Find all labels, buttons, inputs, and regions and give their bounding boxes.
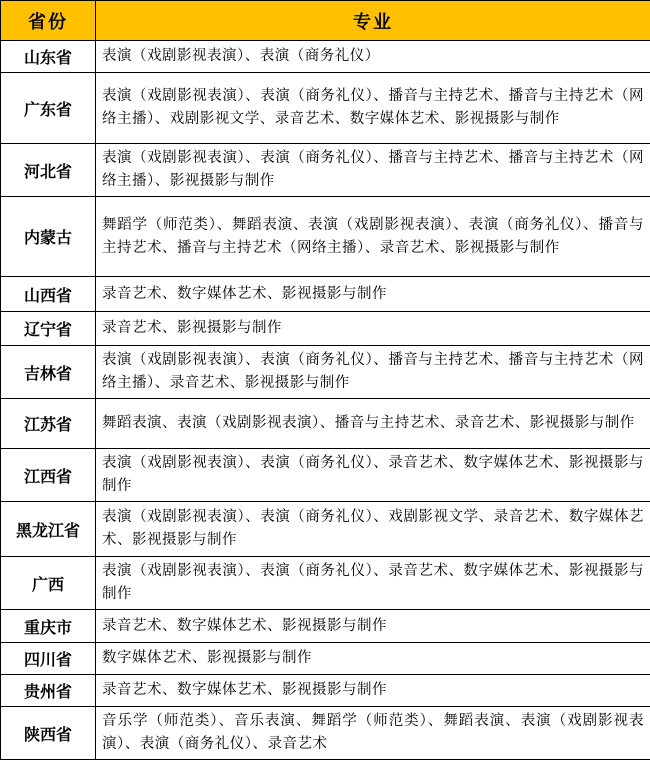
majors-cell: 录音艺术、影视摄影与制作 [96, 312, 650, 346]
province-majors-table: 省份 专业 山东省 表演（戏剧影视表演）、表演（商务礼仪） 广东省 表演（戏剧影… [0, 0, 650, 760]
table-header-row: 省份 专业 [1, 1, 650, 41]
table-row: 辽宁省 录音艺术、影视摄影与制作 [1, 312, 650, 346]
majors-cell: 表演（戏剧影视表演）、表演（商务礼仪） [96, 41, 650, 73]
province-cell: 山东省 [1, 41, 96, 73]
province-cell: 四川省 [1, 643, 96, 675]
table-row: 吉林省 表演（戏剧影视表演）、表演（商务礼仪）、播音与主持艺术、播音与主持艺术（… [1, 346, 650, 399]
table-row: 河北省 表演（戏剧影视表演）、表演（商务礼仪）、播音与主持艺术、播音与主持艺术（… [1, 144, 650, 197]
province-cell: 广西 [1, 557, 96, 610]
majors-cell: 表演（戏剧影视表演）、表演（商务礼仪）、录音艺术、数字媒体艺术、影视摄影与制作 [96, 557, 650, 610]
majors-cell: 表演（戏剧影视表演）、表演（商务礼仪）、播音与主持艺术、播音与主持艺术（网络主播… [96, 73, 650, 144]
majors-cell: 数字媒体艺术、影视摄影与制作 [96, 643, 650, 675]
table-row: 江苏省 舞蹈表演、表演（戏剧影视表演）、播音与主持艺术、录音艺术、影视摄影与制作 [1, 399, 650, 449]
majors-cell: 录音艺术、数字媒体艺术、影视摄影与制作 [96, 610, 650, 643]
province-cell: 吉林省 [1, 346, 96, 399]
majors-cell: 音乐学（师范类）、音乐表演、舞蹈学（师范类）、舞蹈表演、表演（戏剧影视表演）、表… [96, 707, 650, 760]
majors-cell: 录音艺术、数字媒体艺术、影视摄影与制作 [96, 277, 650, 312]
majors-cell: 表演（戏剧影视表演）、表演（商务礼仪）、录音艺术、数字媒体艺术、影视摄影与制作 [96, 449, 650, 502]
table-row: 山西省 录音艺术、数字媒体艺术、影视摄影与制作 [1, 277, 650, 312]
majors-cell: 表演（戏剧影视表演）、表演（商务礼仪）、播音与主持艺术、播音与主持艺术（网络主播… [96, 144, 650, 197]
table-row: 贵州省 录音艺术、数字媒体艺术、影视摄影与制作 [1, 675, 650, 707]
majors-cell: 表演（戏剧影视表演）、表演（商务礼仪）、戏剧影视文学、录音艺术、数字媒体艺术、影… [96, 502, 650, 557]
table-row: 广西 表演（戏剧影视表演）、表演（商务礼仪）、录音艺术、数字媒体艺术、影视摄影与… [1, 557, 650, 610]
table-row: 重庆市 录音艺术、数字媒体艺术、影视摄影与制作 [1, 610, 650, 643]
majors-cell: 舞蹈表演、表演（戏剧影视表演）、播音与主持艺术、录音艺术、影视摄影与制作 [96, 399, 650, 449]
province-cell: 江西省 [1, 449, 96, 502]
majors-cell: 舞蹈学（师范类）、舞蹈表演、表演（戏剧影视表演）、表演（商务礼仪）、播音与主持艺… [96, 197, 650, 277]
header-cell-major: 专业 [96, 1, 650, 41]
header-cell-province: 省份 [1, 1, 96, 41]
table-row: 山东省 表演（戏剧影视表演）、表演（商务礼仪） [1, 41, 650, 73]
table-row: 广东省 表演（戏剧影视表演）、表演（商务礼仪）、播音与主持艺术、播音与主持艺术（… [1, 73, 650, 144]
majors-cell: 表演（戏剧影视表演）、表演（商务礼仪）、播音与主持艺术、播音与主持艺术（网络主播… [96, 346, 650, 399]
province-cell: 江苏省 [1, 399, 96, 449]
table-row: 黑龙江省 表演（戏剧影视表演）、表演（商务礼仪）、戏剧影视文学、录音艺术、数字媒… [1, 502, 650, 557]
province-cell: 贵州省 [1, 675, 96, 707]
table-row: 四川省 数字媒体艺术、影视摄影与制作 [1, 643, 650, 675]
table-row: 内蒙古 舞蹈学（师范类）、舞蹈表演、表演（戏剧影视表演）、表演（商务礼仪）、播音… [1, 197, 650, 277]
province-cell: 黑龙江省 [1, 502, 96, 557]
province-cell: 辽宁省 [1, 312, 96, 346]
province-cell: 河北省 [1, 144, 96, 197]
province-cell: 内蒙古 [1, 197, 96, 277]
province-majors-sheet: 省份 专业 山东省 表演（戏剧影视表演）、表演（商务礼仪） 广东省 表演（戏剧影… [0, 0, 650, 760]
table-row: 陕西省 音乐学（师范类）、音乐表演、舞蹈学（师范类）、舞蹈表演、表演（戏剧影视表… [1, 707, 650, 760]
province-cell: 陕西省 [1, 707, 96, 760]
table-row: 江西省 表演（戏剧影视表演）、表演（商务礼仪）、录音艺术、数字媒体艺术、影视摄影… [1, 449, 650, 502]
province-cell: 山西省 [1, 277, 96, 312]
province-cell: 广东省 [1, 73, 96, 144]
majors-cell: 录音艺术、数字媒体艺术、影视摄影与制作 [96, 675, 650, 707]
province-cell: 重庆市 [1, 610, 96, 643]
